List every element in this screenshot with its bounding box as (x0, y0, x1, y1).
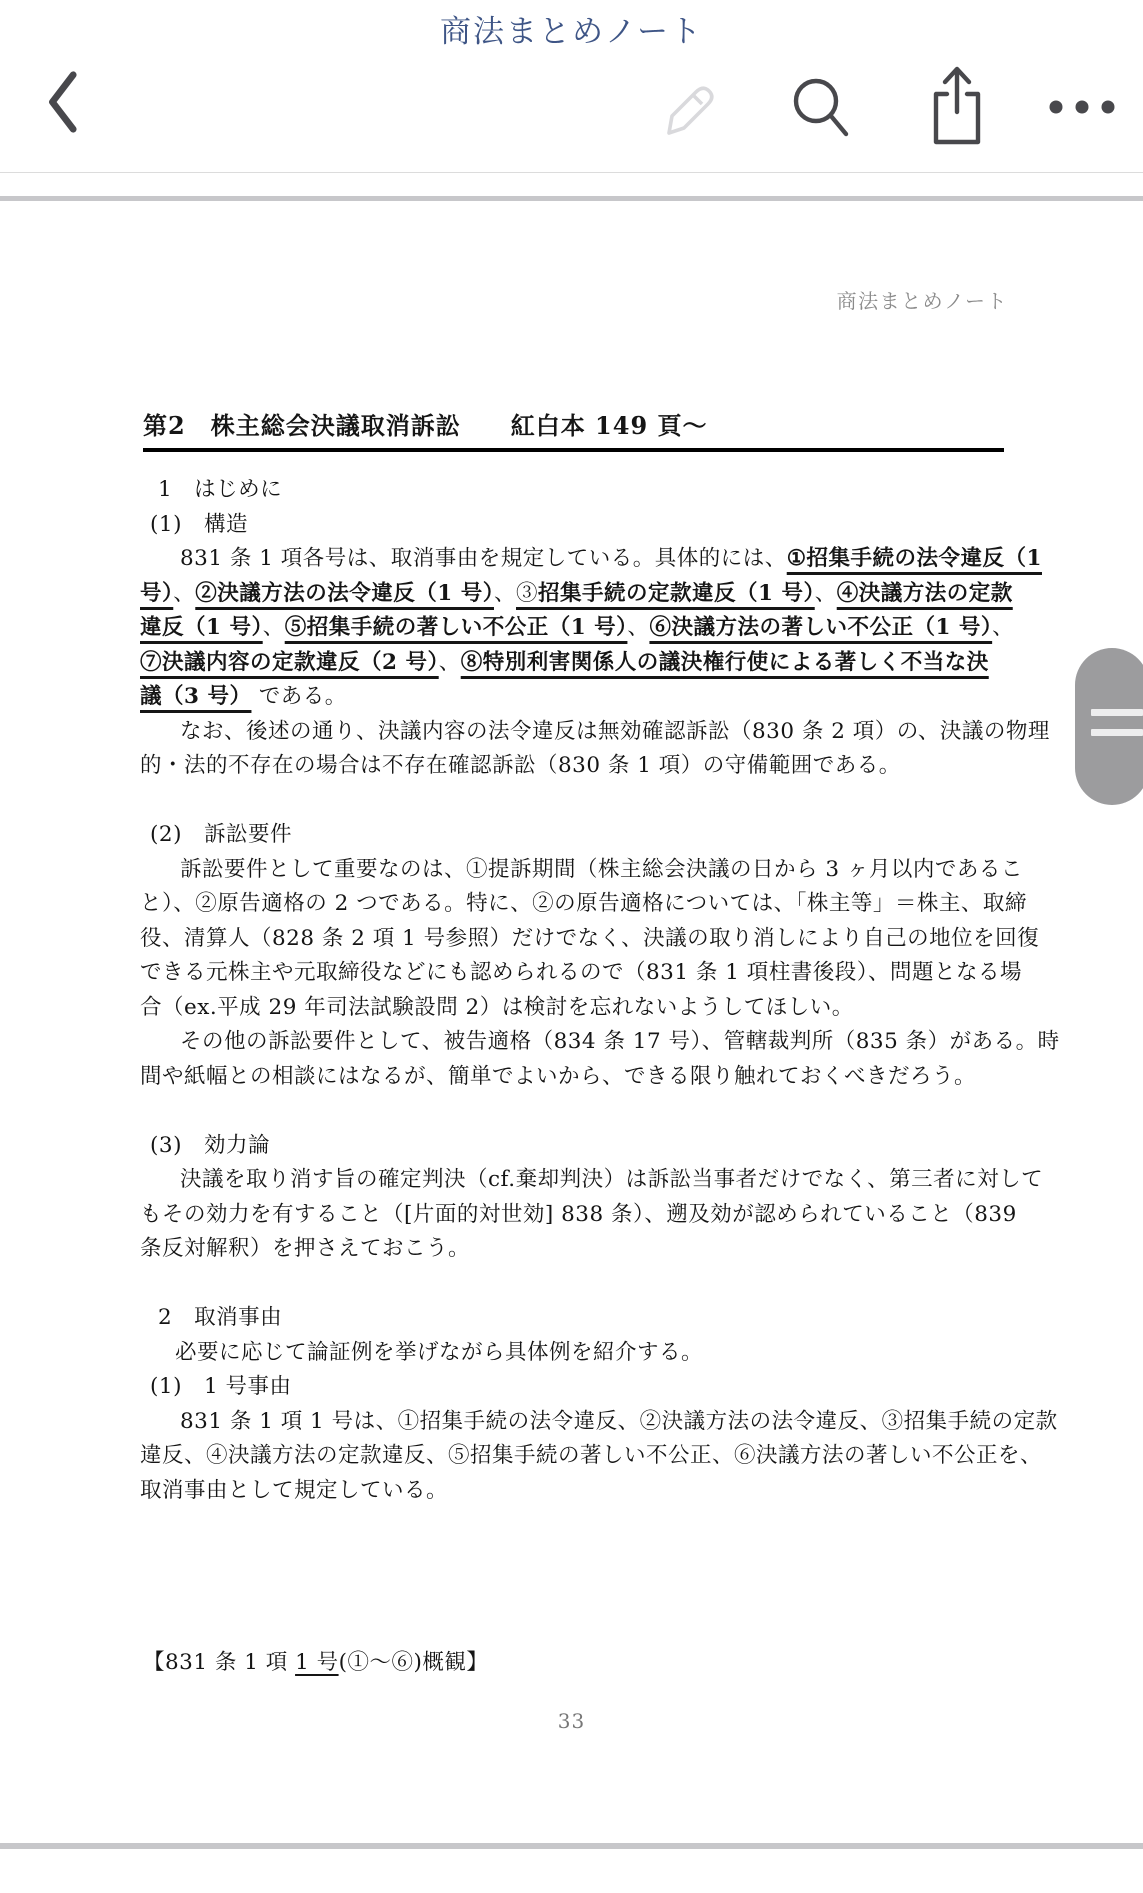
share-icon (926, 64, 988, 148)
section-heading: 第2 株主総会決議取消訴訟 紅白本 149 頁～ (143, 406, 1004, 452)
document-line: 831 条 1 項各号は、取消事由を規定している。具体的には、①招集手続の法令違… (140, 542, 1143, 577)
search-icon (790, 74, 852, 140)
scroll-handle[interactable] (1075, 648, 1143, 805)
pdf-page: 商法まとめノート 第2 株主総会決議取消訴訟 紅白本 149 頁～ 1 はじめに… (0, 201, 1143, 1843)
page-number: 33 (0, 1709, 1143, 1733)
document-line: 取消事由として規定している。 (140, 1474, 1143, 1509)
document-line: 違反（1 号）、⑤招集手続の著しい不公正（1 号）、⑥決議方法の著しい不公正（1… (140, 611, 1143, 646)
document-line: 号）、②決議方法の法令違反（1 号）、③招集手続の定款違反（1 号）、④決議方法… (140, 577, 1143, 612)
document-line: 的・法的不存在の場合は不存在確認訴訟（830 条 1 項）の守備範囲である。 (140, 749, 1143, 784)
previous-page-edge (0, 173, 1143, 196)
grip-line (1091, 729, 1143, 736)
document-line: (2) 訴訟要件 (140, 818, 1143, 853)
grip-line (1091, 709, 1143, 716)
document-line: 【831 条 1 項 1 号(①～⑥)概観】 (140, 1646, 1143, 1681)
document-line: できる元株主や元取締役などにも認められるので（831 条 1 項柱書後段）、問題… (140, 956, 1143, 991)
back-button[interactable] (42, 70, 82, 134)
share-button[interactable] (926, 64, 988, 148)
ellipsis-icon (1044, 98, 1120, 116)
document-line: 831 条 1 項 1 号は、①招集手続の法令違反、②決議方法の法令違反、③招集… (140, 1405, 1143, 1440)
document-line: なお、後述の通り、決議内容の法令違反は無効確認訴訟（830 条 2 項）の、決議… (140, 715, 1143, 750)
search-button[interactable] (790, 74, 852, 140)
document-line: もその効力を有すること（[片面的対世効] 838 条）、遡及効が認められているこ… (140, 1198, 1143, 1233)
document-line: と）、②原告適格の 2 つである。特に、②の原告適格については、「株主等」＝株主… (140, 887, 1143, 922)
document-line: 議（3 号） である。 (140, 680, 1143, 715)
document-line: (3) 効力論 (140, 1129, 1143, 1164)
document-line: 間や紙幅との相談にはなるが、簡単でよいから、できる限り触れておくべきだろう。 (140, 1060, 1143, 1095)
document-line: 違反、④決議方法の定款違反、⑤招集手続の著しい不公正、⑥決議方法の著しい不公正を… (140, 1439, 1143, 1474)
more-button[interactable] (1044, 98, 1120, 116)
document-line: 合（ex.平成 29 年司法試験設問 2）は検討を忘れないようしてほしい。 (140, 991, 1143, 1026)
next-page-edge (0, 1849, 1143, 1893)
document-line: 条反対解釈）を押さえておこう。 (140, 1232, 1143, 1267)
document-line: (1) 構造 (140, 508, 1143, 543)
document-line: 決議を取り消す旨の確定判決（cf.棄却判決）は訴訟当事者だけでなく、第三者に対し… (140, 1163, 1143, 1198)
document-lines: 1 はじめに(1) 構造831 条 1 項各号は、取消事由を規定している。具体的… (140, 473, 1143, 1681)
document-line: その他の訴訟要件として、被告適格（834 条 17 号）、管轄裁判所（835 条… (140, 1025, 1143, 1060)
document-line: 訴訟要件として重要なのは、①提訴期間（株主総会決議の日から 3 ヶ月以内であるこ (140, 853, 1143, 888)
document-line: 2 取消事由 (140, 1301, 1143, 1336)
nav-bar: 商法まとめノート (0, 0, 1143, 172)
document-line: 1 はじめに (140, 473, 1143, 508)
document-line: 必要に応じて論証例を挙げながら具体例を紹介する。 (140, 1336, 1143, 1371)
running-header: 商法まとめノート (0, 285, 1143, 314)
document-line: ⑦決議内容の定款違反（2 号）、⑧特別利害関係人の議決権行使による著しく不当な決 (140, 646, 1143, 681)
document-line: 役、清算人（828 条 2 項 1 号参照）だけでなく、決議の取り消しにより自己… (140, 922, 1143, 957)
nav-title: 商法まとめノート (0, 6, 1143, 51)
document-line: (1) 1 号事由 (140, 1370, 1143, 1405)
chevron-left-icon (42, 70, 82, 134)
edit-button[interactable] (654, 66, 718, 146)
pencil-icon (654, 66, 718, 146)
